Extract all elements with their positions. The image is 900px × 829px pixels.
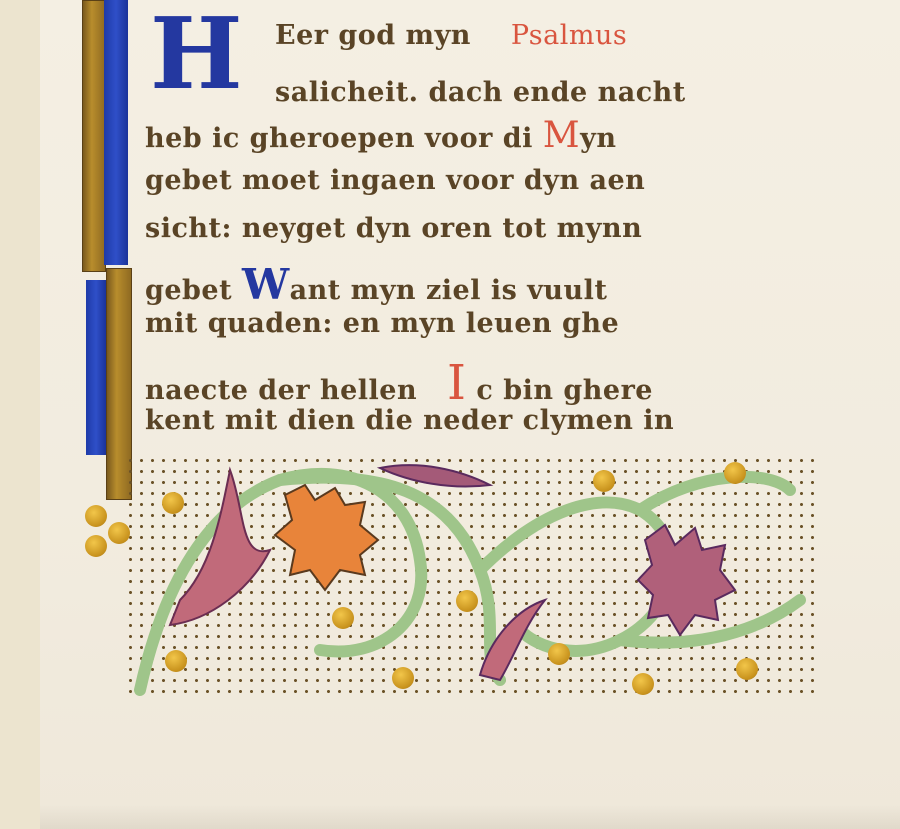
gold-border-bar-upper (82, 0, 106, 272)
page-gutter (0, 0, 41, 829)
text-line-7: mit quaden: en myn leuen ghe (145, 308, 619, 339)
gold-dot (724, 462, 746, 484)
text-segment: gebet (145, 275, 232, 306)
initial-h: H (150, 5, 243, 105)
initial-m: M (543, 115, 580, 156)
initial-w: W (242, 260, 290, 309)
gold-dot (162, 492, 184, 514)
blue-border-bar-upper (104, 0, 128, 265)
gold-dot (392, 667, 414, 689)
text-line-1: Eer god myn Psalmus (275, 20, 627, 51)
rubric-psalmus: Psalmus (511, 20, 627, 51)
initial-i: I (447, 355, 466, 411)
gold-dot (632, 673, 654, 695)
gold-dot (332, 607, 354, 629)
text-line-2: salicheit. dach ende nacht (275, 77, 686, 108)
text-line-4: gebet moet ingaen voor dyn aen (145, 165, 645, 196)
text-segment: Eer god myn (275, 20, 471, 51)
text-line-8: naecte der hellen I c bin ghere (145, 355, 653, 411)
gold-dot (165, 650, 187, 672)
text-segment: ant myn ziel is vuult (290, 275, 608, 306)
text-segment: naecte der hellen (145, 375, 417, 406)
text-segment: heb ic gheroepen voor di (145, 123, 533, 154)
text-line-3: heb ic gheroepen voor di Myn (145, 115, 616, 156)
text-segment: c bin ghere (476, 375, 653, 406)
page-shadow (40, 804, 900, 829)
orange-flower-icon (275, 485, 378, 590)
gold-dot (593, 470, 615, 492)
text-line-5: sicht: neyget dyn oren tot mynn (145, 213, 642, 244)
text-line-6: gebet Want myn ziel is vuult (145, 260, 607, 309)
text-segment: yn (580, 123, 616, 154)
blue-border-bar-lower (86, 280, 106, 455)
floral-vine-decoration (120, 450, 820, 710)
gold-dot (456, 590, 478, 612)
gold-dot (548, 643, 570, 665)
gold-dot (85, 505, 107, 527)
gold-dot (108, 522, 130, 544)
text-line-9: kent mit dien die neder clymen in (145, 405, 674, 436)
gold-dot (85, 535, 107, 557)
gold-dot (736, 658, 758, 680)
